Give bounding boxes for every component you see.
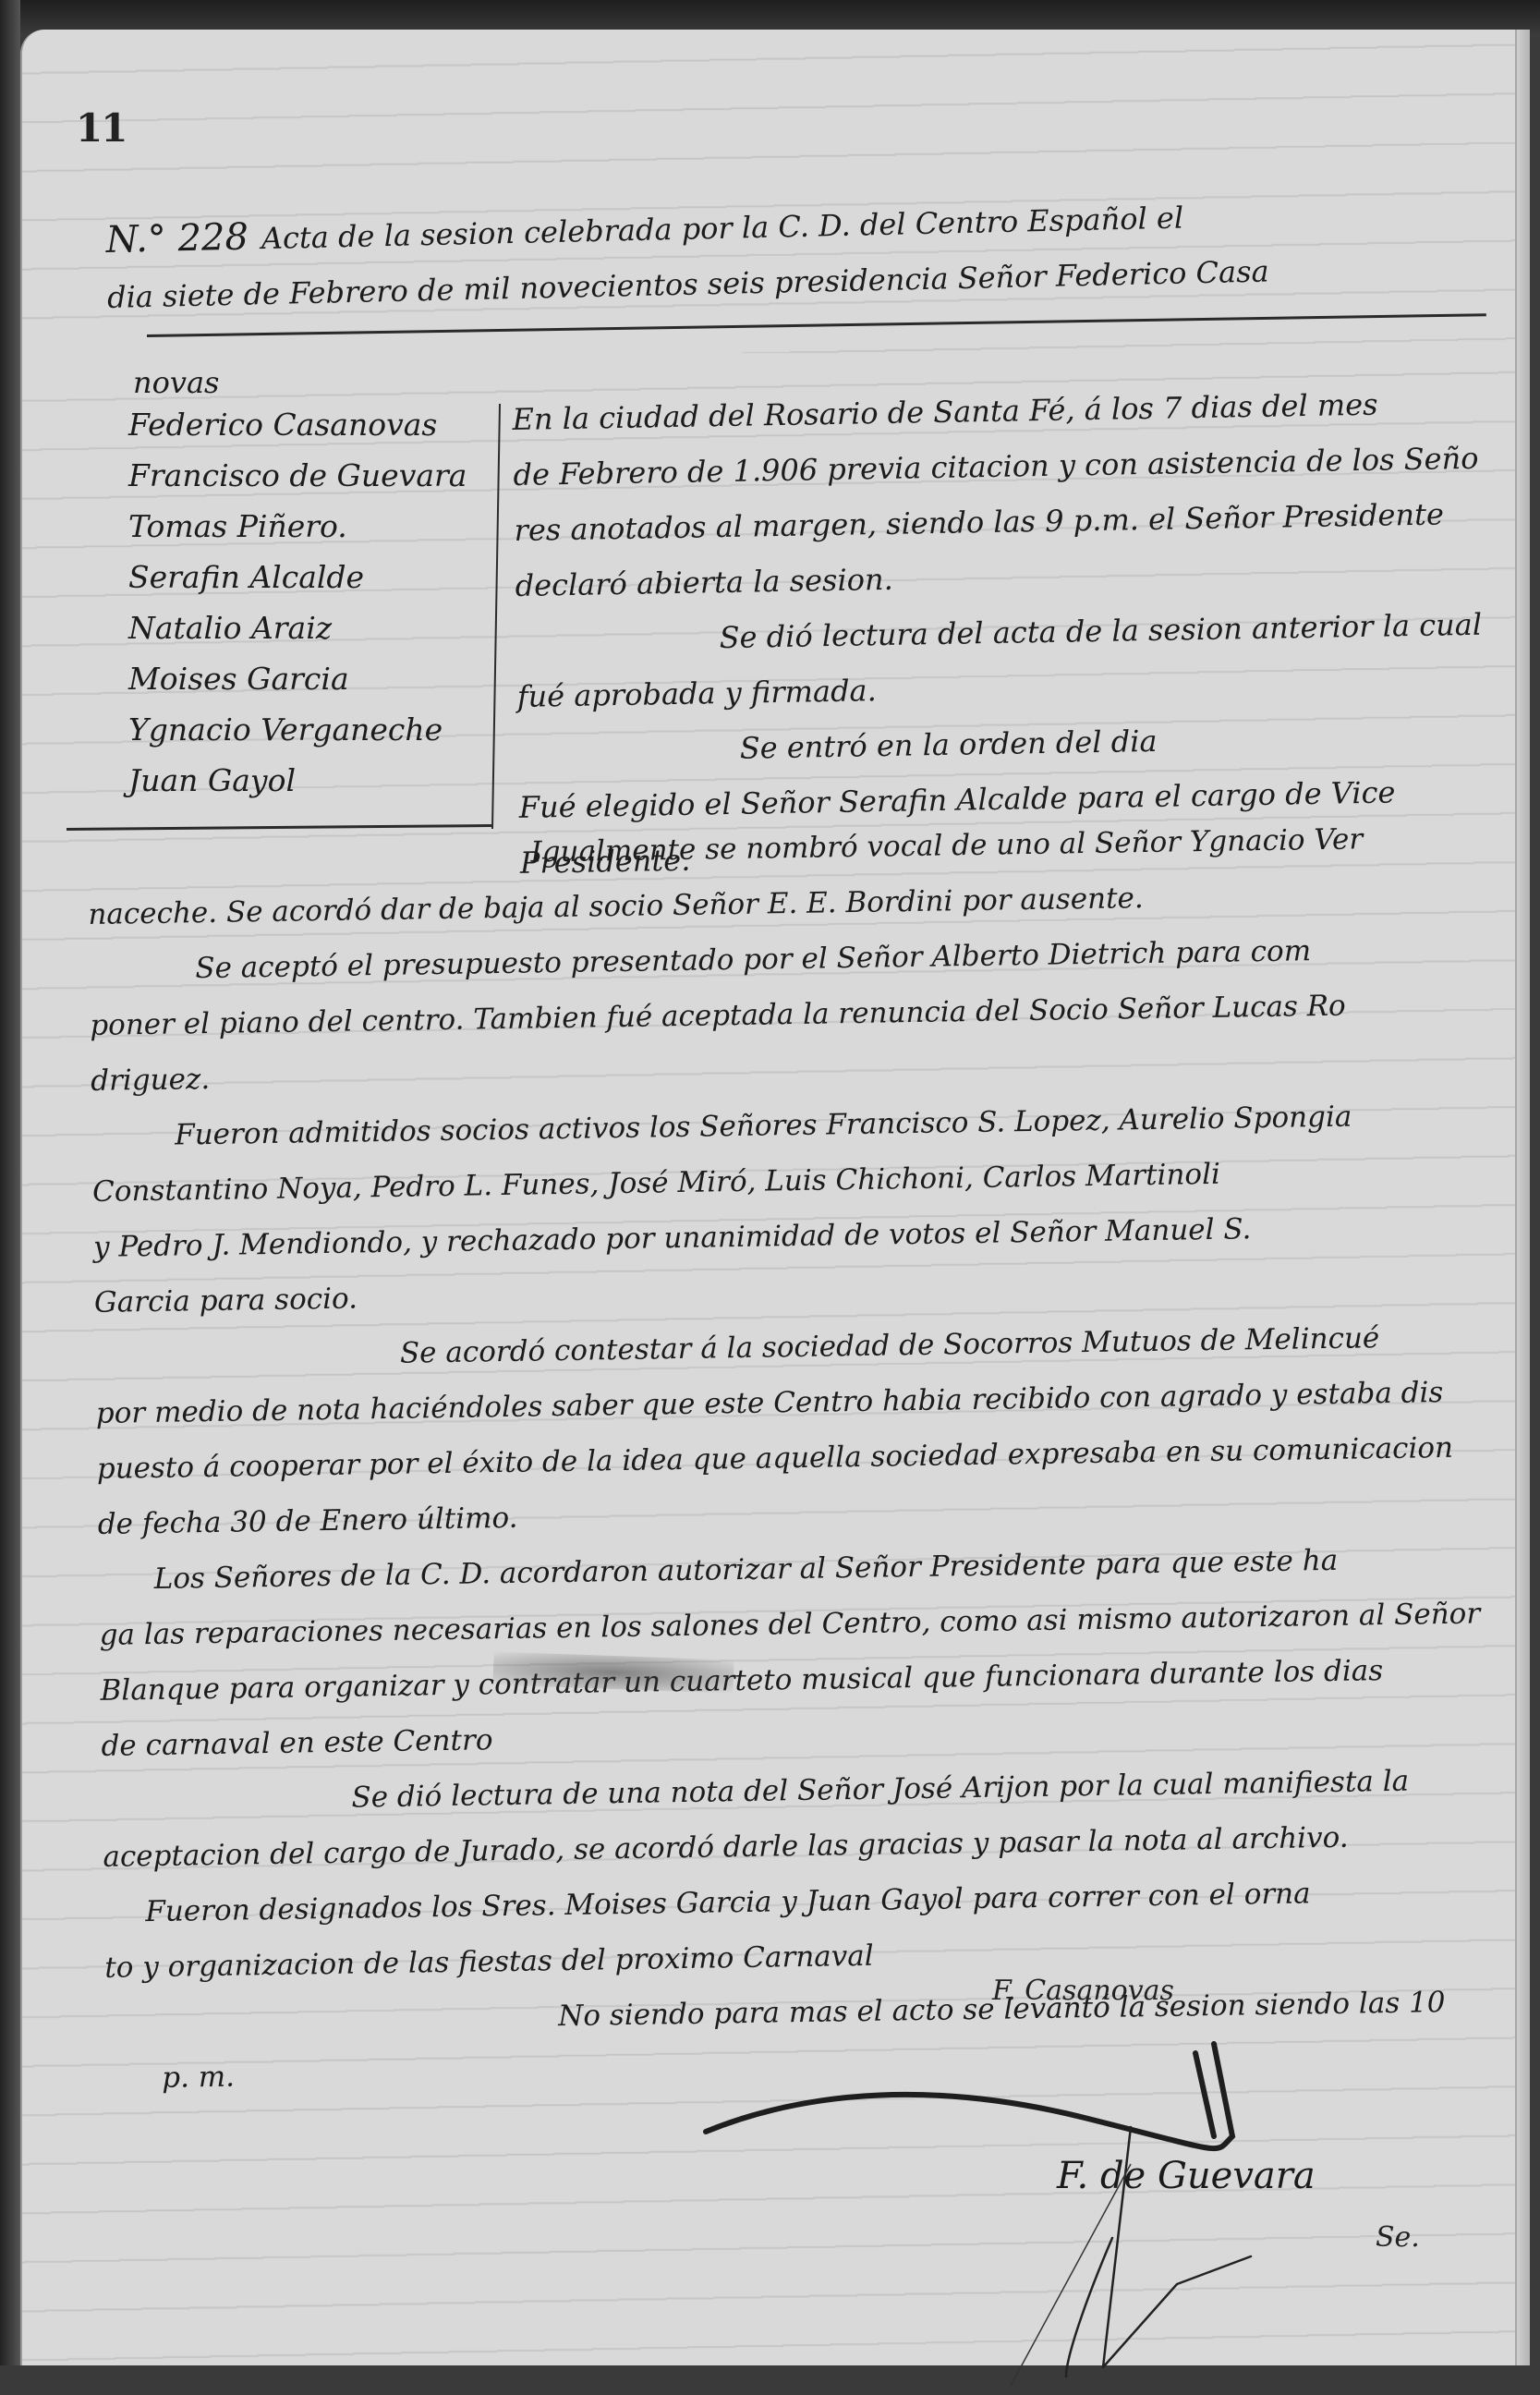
attendee: Tomas Piñero. — [128, 501, 498, 552]
attendee: Moises Garcia — [128, 653, 498, 704]
secretary-title: Se. — [1376, 2221, 1420, 2254]
book-binding-left — [0, 0, 20, 2365]
page-number: 11 — [76, 105, 126, 151]
attendee: Serafin Alcalde — [128, 552, 498, 602]
secretary-signature: F. de Guevara — [1057, 2155, 1316, 2197]
attendee: Juan Gayol — [128, 755, 498, 806]
attendee: Federico Casanovas — [128, 399, 498, 450]
attendees-list: Federico Casanovas Francisco de Guevara … — [128, 399, 498, 806]
minutes-number: N.° 228 — [105, 215, 249, 261]
attendee: Ygnacio Verganeche — [128, 704, 498, 755]
attendee: Natalio Araiz — [128, 602, 498, 653]
ledger-page: 11 N.° 228Acta de la sesion celebrada po… — [20, 30, 1530, 2365]
body-paragraphs: Igualmente se nombró vocal de uno al Señ… — [87, 809, 1529, 2107]
minutes-title: N.° 228Acta de la sesion celebrada por l… — [105, 181, 1493, 325]
president-signature: F. Casanovas — [992, 1975, 1174, 2007]
attendee: Francisco de Guevara — [128, 450, 498, 501]
